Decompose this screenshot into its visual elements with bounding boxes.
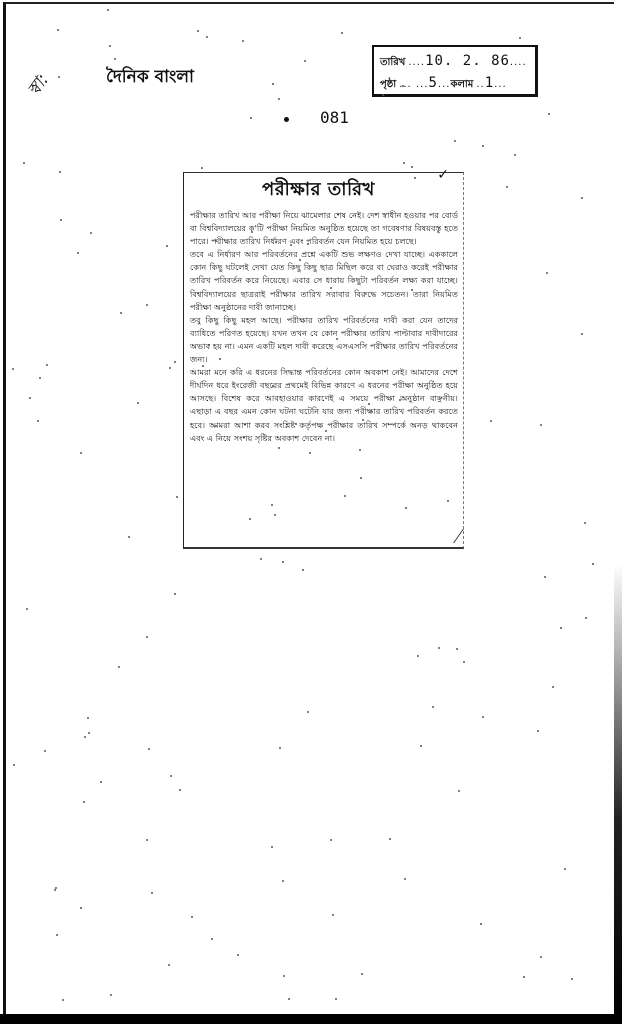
noise-speck [128, 536, 130, 538]
newspaper-name: দৈনিক বাংলা [106, 64, 194, 92]
article-paragraph: পরীক্ষার তারিখ আর পরীক্ষা নিয়ে ঝামেলার … [190, 209, 458, 248]
scan-edge-right [614, 0, 622, 1024]
noise-speck [208, 344, 210, 346]
noise-speck [170, 775, 172, 777]
article-paragraph: তবু কিছু কিছু মহল আছে। পরীক্ষার তারিখ পর… [190, 314, 458, 366]
noise-speck [548, 113, 550, 115]
noise-speck [592, 563, 594, 565]
newspaper-clipping: পরীক্ষার তারিখ ✓ পরীক্ষার তারিখ আর পরীক্… [183, 172, 464, 549]
noise-speck [90, 232, 92, 234]
noise-speck [146, 636, 148, 638]
noise-speck [272, 385, 274, 387]
noise-speck [137, 402, 139, 404]
noise-speck [215, 240, 217, 242]
noise-speck [37, 420, 39, 422]
noise-speck [110, 994, 112, 996]
stamp-column-label: কলাম [450, 75, 473, 95]
noise-speck [174, 361, 176, 363]
noise-speck [197, 30, 199, 32]
noise-speck [389, 838, 391, 840]
noise-speck [114, 58, 116, 60]
noise-speck [332, 914, 334, 916]
noise-speck [335, 998, 337, 1000]
stamp-date-value: 10. 2. 86 [425, 51, 510, 71]
noise-speck [60, 219, 62, 221]
article-paragraph: আমরা মনে করি এ ধরনের সিদ্ধান্ত পরিবর্তনে… [190, 366, 458, 445]
noise-speck [581, 333, 583, 335]
noise-speck [325, 430, 327, 432]
article-title: পরীক্ষার তারিখ [262, 175, 375, 206]
stamp-dots: ... [438, 75, 451, 95]
noise-speck [100, 781, 102, 783]
noise-speck [540, 424, 542, 426]
noise-speck [62, 999, 64, 1001]
stamp-date-label: তারিখ [380, 53, 405, 73]
noise-speck [514, 154, 516, 156]
noise-speck [148, 748, 150, 750]
noise-speck [215, 425, 217, 427]
noise-speck [242, 40, 244, 42]
noise-speck [361, 973, 363, 975]
noise-speck [362, 419, 364, 421]
noise-speck [271, 504, 273, 506]
noise-speck [417, 655, 419, 657]
article-paragraph: তবে এ নির্ধারণ আর পরিবর্তনের প্রশ্নে একট… [190, 248, 458, 313]
noise-speck [307, 711, 309, 713]
noise-speck [411, 289, 413, 291]
scan-edge-bottom [0, 1014, 622, 1024]
noise-speck [482, 716, 484, 718]
stamp-date-row: তারিখ .... 10. 2. 86 .... [380, 51, 529, 73]
stamp-page-value: 5 [428, 73, 437, 93]
noise-speck [295, 423, 297, 425]
noise-speck [414, 177, 416, 179]
noise-speck [454, 140, 456, 142]
article-body: পরীক্ষার তারিখ আর পরীক্ষা নিয়ে ঝামেলার … [190, 209, 458, 445]
stamp-page-label: পৃষ্ঠা [380, 75, 396, 95]
ink-dot [284, 117, 289, 122]
stamp-column-value: 1 [485, 73, 494, 93]
noise-speck [299, 259, 301, 261]
noise-speck [179, 789, 181, 791]
stamp-dots: .. [476, 75, 484, 95]
noise-speck [490, 420, 492, 422]
check-mark-icon: ✓ [437, 167, 449, 183]
noise-speck [420, 745, 422, 747]
noise-speck [519, 37, 521, 39]
date-stamp: তারিখ .... 10. 2. 86 .... পৃষ্ঠা ... ...… [372, 45, 538, 97]
noise-speck [370, 410, 372, 412]
page-number: 081 [320, 108, 349, 127]
end-slash-mark-icon [435, 529, 464, 543]
noise-speck [404, 878, 406, 880]
noise-speck [146, 839, 148, 841]
noise-speck [120, 312, 122, 314]
noise-speck [107, 9, 109, 11]
stamp-dots: .... [510, 53, 527, 73]
noise-speck [12, 368, 14, 370]
noise-speck [341, 32, 343, 34]
noise-speck [552, 686, 554, 688]
noise-speck [279, 747, 281, 749]
stamp-dots: .... [408, 53, 425, 73]
stamp-dots: ... [494, 75, 507, 95]
